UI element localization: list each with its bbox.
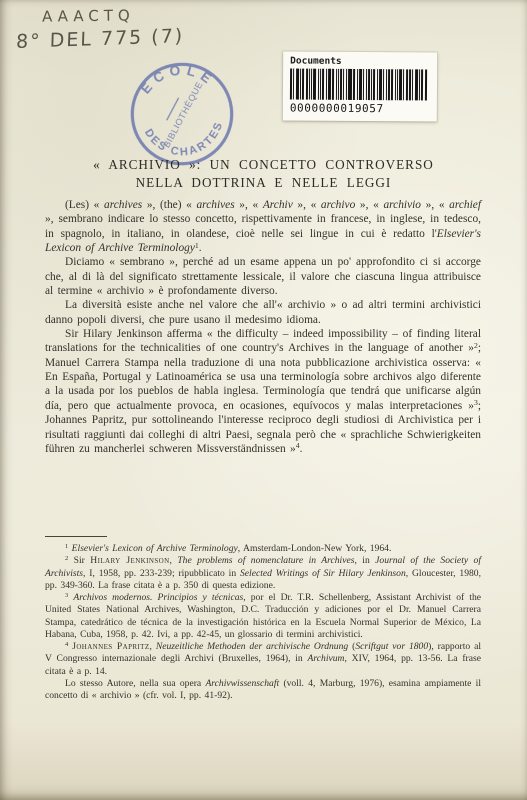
barcode-icon (290, 69, 428, 101)
body-paragraph: Sir Hilary Jenkinson afferma « the diffi… (45, 327, 481, 456)
footnotes: 1 Elsevier's Lexicon of Archive Terminol… (45, 543, 481, 702)
svg-text:ECOLE: ECOLE (136, 58, 220, 98)
footnote-separator (45, 536, 107, 537)
body-paragraph: Diciamo « sembrano », perché ad un esame… (45, 255, 481, 298)
handwritten-shelfmark: 8° DEL 775 (7) (16, 25, 185, 53)
scanned-document-page: AAACTQ 8° DEL 775 (7) ECOLE DES CHARTES … (0, 0, 527, 800)
barcode-caption: Documents (290, 56, 342, 67)
article-title: « ARCHIVIO »: UN CONCETTO CONTROVERSO NE… (0, 156, 527, 191)
handwritten-code: AAACTQ (42, 6, 135, 25)
barcode-label: Documents 0000000019057 (283, 51, 437, 121)
article-body: (Les) « archives », (the) « archives », … (45, 198, 481, 456)
footnote: 3 Archivos modernos. Principios y técnic… (45, 592, 481, 641)
footnote: Lo stesso Autore, nella sua opera Archiv… (45, 678, 481, 703)
article-title-line1: « ARCHIVIO »: UN CONCETTO CONTROVERSO (0, 156, 527, 174)
footnote: 4 Johannes Papritz, Neuzeitliche Methode… (45, 641, 481, 678)
body-paragraph: La diversità esiste anche nel valore che… (45, 298, 481, 327)
stamp-middle-text: BIBLIOTHÈQUE (161, 80, 204, 150)
barcode-number: 0000000019057 (290, 102, 384, 116)
footnote: 1 Elsevier's Lexicon of Archive Terminol… (45, 543, 481, 555)
body-paragraph: (Les) « archives », (the) « archives », … (45, 198, 481, 255)
stamp-top-text: ECOLE (136, 58, 220, 98)
footnote: 2 Sir Hilary Jenkinson, The problems of … (45, 555, 481, 592)
article-title-line2: NELLA DOTTRINA E NELLE LEGGI (0, 174, 527, 192)
